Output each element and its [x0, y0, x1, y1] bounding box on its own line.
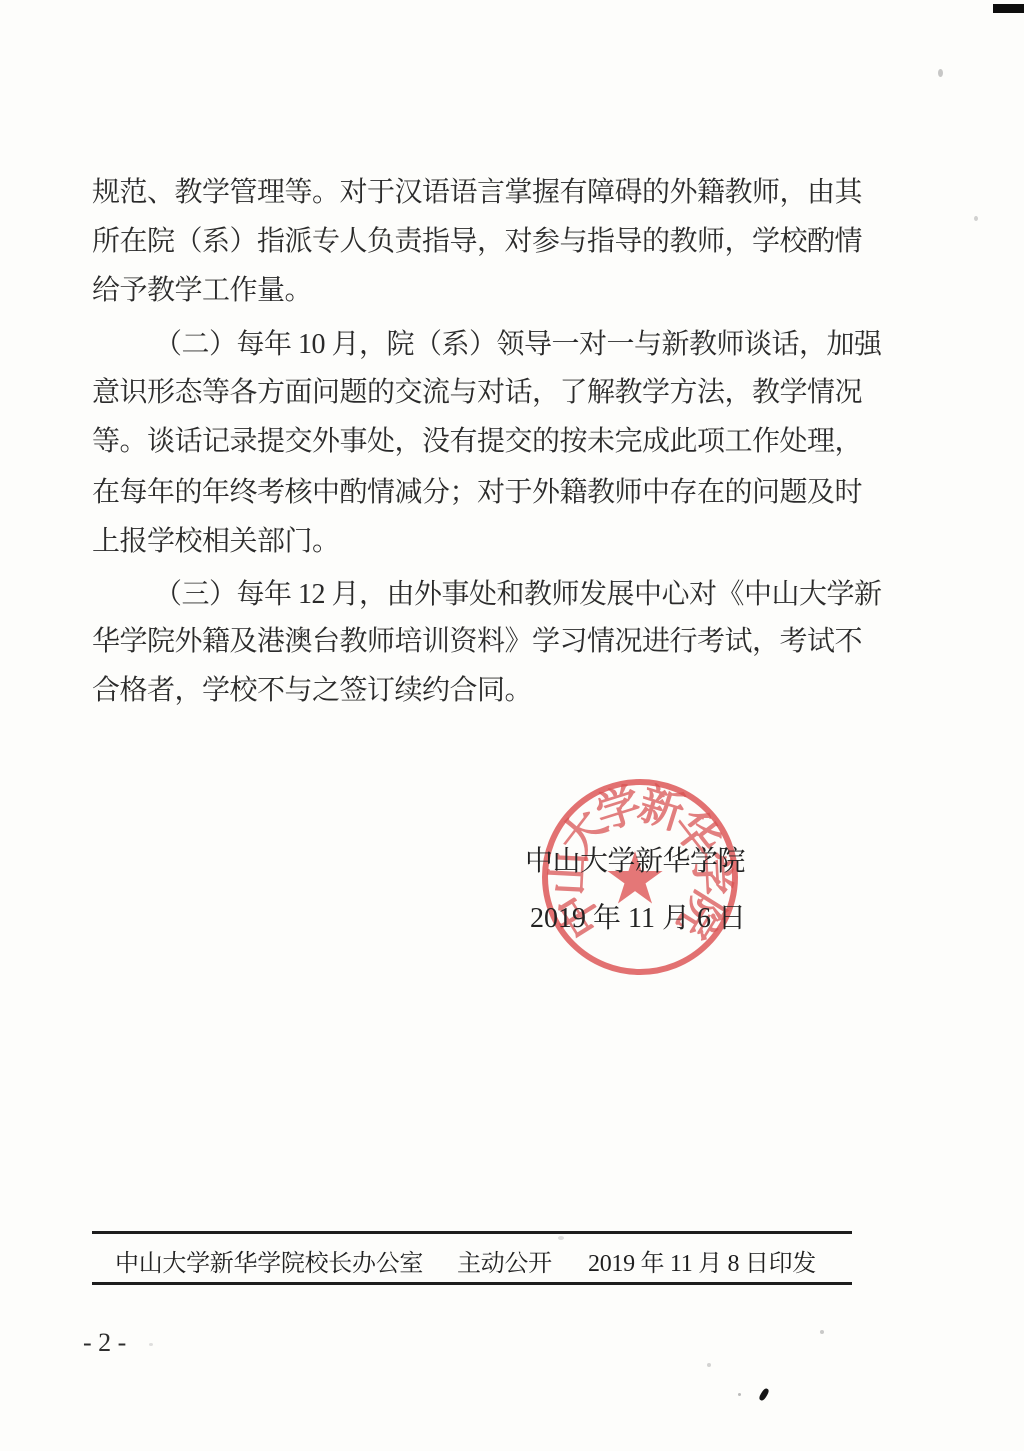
footer-rule-top [92, 1231, 852, 1234]
document-page: 规范、教学管理等。对于汉语语言掌握有障碍的外籍教师，由其 所在院（系）指派专人负… [0, 0, 1024, 1451]
footer-rule-bottom [92, 1282, 852, 1285]
footer-print-date: 2019 年 11 月 8 日印发 [588, 1243, 816, 1278]
body-line: 合格者，学校不与之签订续约合同。 [92, 674, 882, 708]
signature-date: 2019 年 11 月 6 日 [518, 896, 758, 936]
scan-speck [707, 1363, 711, 1367]
body-line: 所在院（系）指派专人负责指导，对参与指导的教师，学校酌情 [92, 225, 882, 259]
page-number: - 2 - [83, 1328, 126, 1358]
scan-artifact-bar [993, 4, 1024, 13]
body-line: 华学院外籍及港澳台教师培训资料》学习情况进行考试，考试不 [92, 625, 882, 659]
scan-speck [758, 1387, 770, 1401]
body-line: 上报学校相关部门。 [92, 525, 882, 559]
footer-disclosure: 主动公开 [457, 1243, 552, 1278]
scan-speck [820, 1330, 824, 1334]
body-line: 等。谈话记录提交外事处，没有提交的按未完成此项工作处理， [92, 425, 882, 459]
scan-speck [974, 216, 978, 221]
body-line: （三）每年 12 月，由外事处和教师发展中心对《中山大学新 [92, 578, 944, 612]
scan-speck [938, 69, 943, 77]
body-line: 给予教学工作量。 [92, 274, 882, 308]
signature-org: 中山大学新华学院 [515, 839, 755, 879]
scan-speck [558, 1236, 564, 1240]
body-line: 在每年的年终考核中酌情减分；对于外籍教师中存在的问题及时 [92, 476, 882, 510]
footer-issuer: 中山大学新华学院校长办公室 [115, 1243, 423, 1278]
body-line: 意识形态等各方面问题的交流与对话，了解教学方法，教学情况 [92, 376, 882, 410]
scan-speck [738, 1393, 741, 1396]
scan-speck [149, 1343, 153, 1346]
body-line: （二）每年 10 月，院（系）领导一对一与新教师谈话，加强 [92, 328, 944, 362]
body-line: 规范、教学管理等。对于汉语语言掌握有障碍的外籍教师，由其 [92, 176, 882, 210]
